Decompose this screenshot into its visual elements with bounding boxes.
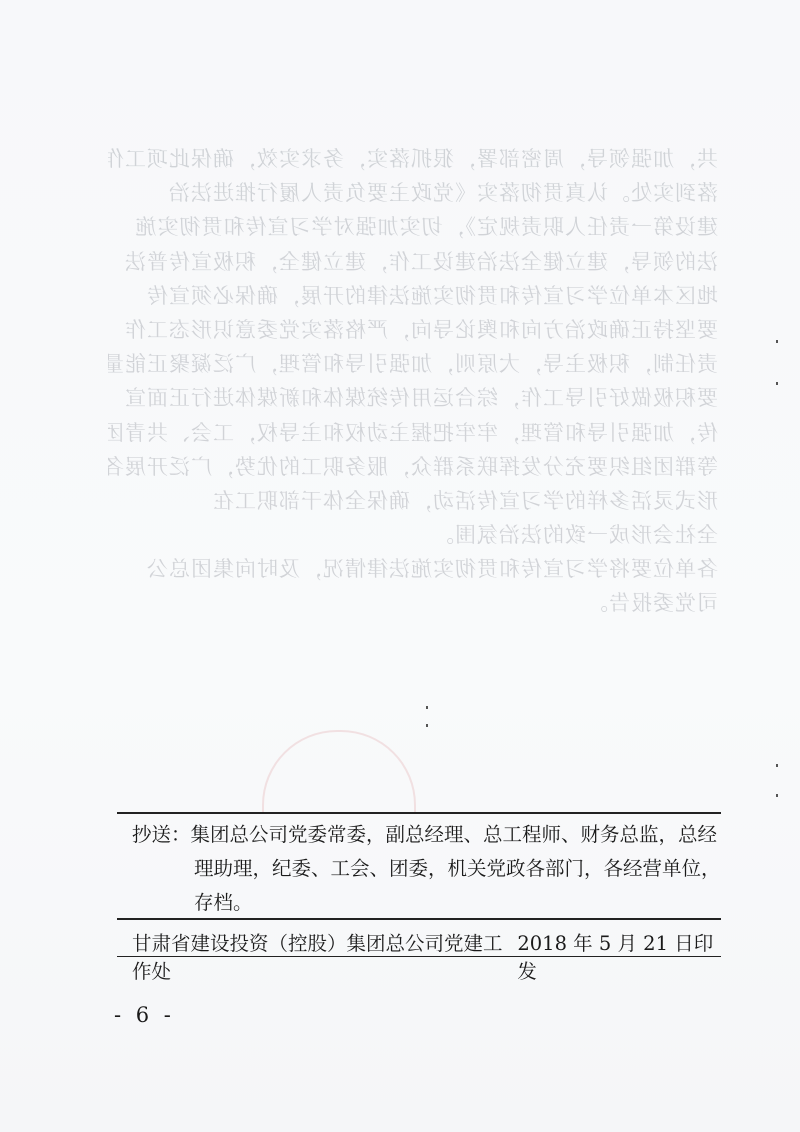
page-number: - 6 - — [114, 1003, 175, 1027]
divider-top — [117, 812, 721, 814]
bleed-through-text: 共，加强领导，周密部署，狠抓落实，务求实效，确保此项工作 落到实处。认真贯彻落实… — [108, 142, 718, 621]
cc-line-1: 抄送：集团总公司党委常委，副总经理、总工程师、财务总监，总经 — [132, 818, 722, 852]
cc-label: 抄送： — [132, 823, 191, 846]
cc-distribution-list: 抄送：集团总公司党委常委，副总经理、总工程师、财务总监，总经 理助理，纪委、工会… — [132, 818, 722, 920]
divider-bottom — [117, 956, 721, 957]
cc-line-2: 理助理，纪委、工会、团委，机关党政各部门，各经营单位， — [132, 852, 722, 886]
divider-middle — [117, 918, 721, 920]
cc-line-3: 存档。 — [132, 886, 722, 920]
faint-seal-mark — [262, 730, 416, 812]
document-page: 共，加强领导，周密部署，狠抓落实，务求实效，确保此项工作 落到实处。认真贯彻落实… — [0, 0, 800, 1132]
